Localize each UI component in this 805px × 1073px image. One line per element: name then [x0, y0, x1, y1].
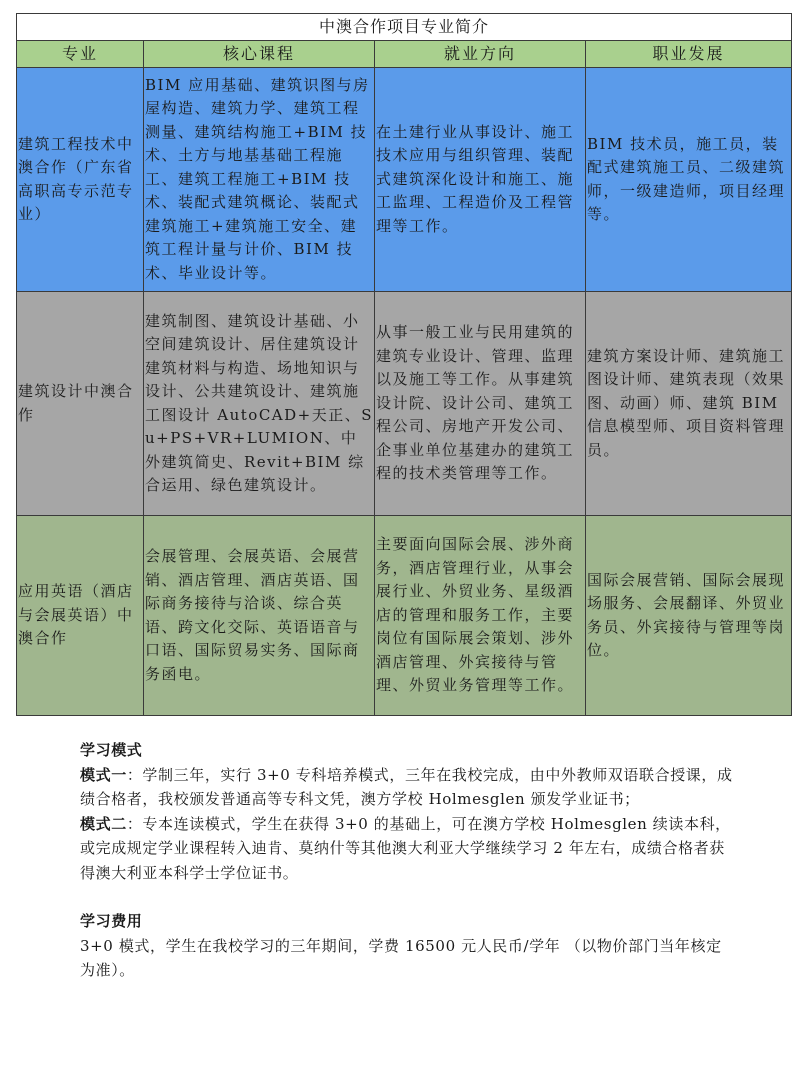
employment-cell: 从事一般工业与民用建筑的建筑专业设计、管理、监理以及施工等工作。从事建筑设计院、…: [375, 292, 586, 516]
table-row: 建筑工程技术中澳合作（广东省高职高专示范专业） BIM 应用基础、建筑识图与房屋…: [17, 68, 792, 292]
courses-cell: 会展管理、会展英语、会展营销、酒店管理、酒店英语、国际商务接待与洽谈、综合英语、…: [144, 516, 375, 716]
employment-cell: 主要面向国际会展、涉外商务，酒店管理行业，从事会展行业、外贸业务、星级酒店的管理…: [375, 516, 586, 716]
employment-cell: 在土建行业从事设计、施工技术应用与组织管理、装配式建筑深化设计和施工、施工监理、…: [375, 68, 586, 292]
courses-cell: 建筑制图、建筑设计基础、小空间建筑设计、居住建筑设计建筑材料与构造、场地知识与设…: [144, 292, 375, 516]
career-cell: 国际会展营销、国际会展现场服务、会展翻译、外贸业务员、外宾接待与管理等岗位。: [586, 516, 792, 716]
career-cell: 建筑方案设计师、建筑施工图设计师、建筑表现（效果图、动画）师、建筑 BIM 信息…: [586, 292, 792, 516]
mode-two-text: ：专本连读模式，学生在获得 3+0 的基础上，可在澳方学校 Holmesglen…: [80, 815, 731, 882]
study-mode-heading: 学习模式: [80, 738, 735, 763]
header-core-courses: 核心课程: [144, 41, 375, 68]
table-title-row: 中澳合作项目专业简介: [17, 14, 792, 41]
courses-cell: BIM 应用基础、建筑识图与房屋构造、建筑力学、建筑工程测量、建筑结构施工+BI…: [144, 68, 375, 292]
table-header-row: 专业 核心课程 就业方向 职业发展: [17, 41, 792, 68]
mode-two-label: 模式二: [80, 815, 127, 833]
major-cell: 应用英语（酒店与会展英语）中澳合作: [17, 516, 144, 716]
spacer: [80, 885, 735, 909]
major-cell: 建筑工程技术中澳合作（广东省高职高专示范专业）: [17, 68, 144, 292]
study-fee-heading: 学习费用: [80, 909, 735, 934]
mode-one-text: ：学制三年，实行 3+0 专科培养模式，三年在我校完成，由中外教师双语联合授课，…: [80, 766, 733, 809]
header-employment: 就业方向: [375, 41, 586, 68]
mode-one-label: 模式一: [80, 766, 127, 784]
major-cell: 建筑设计中澳合作: [17, 292, 144, 516]
table-row: 应用英语（酒店与会展英语）中澳合作 会展管理、会展英语、会展营销、酒店管理、酒店…: [17, 516, 792, 716]
career-cell: BIM 技术员，施工员，装配式建筑施工员、二级建筑师，一级建造师，项目经理等。: [586, 68, 792, 292]
study-mode-one: 模式一：学制三年，实行 3+0 专科培养模式，三年在我校完成，由中外教师双语联合…: [80, 763, 735, 812]
table-title: 中澳合作项目专业简介: [17, 14, 792, 41]
study-mode-two: 模式二：专本连读模式，学生在获得 3+0 的基础上，可在澳方学校 Holmesg…: [80, 812, 735, 886]
study-notes: 学习模式 模式一：学制三年，实行 3+0 专科培养模式，三年在我校完成，由中外教…: [80, 738, 735, 983]
study-fee-text: 3+0 模式，学生在我校学习的三年期间，学费 16500 元人民币/学年 （以物…: [80, 934, 735, 983]
program-table: 中澳合作项目专业简介 专业 核心课程 就业方向 职业发展 建筑工程技术中澳合作（…: [16, 13, 792, 716]
table-row: 建筑设计中澳合作 建筑制图、建筑设计基础、小空间建筑设计、居住建筑设计建筑材料与…: [17, 292, 792, 516]
header-major: 专业: [17, 41, 144, 68]
header-career: 职业发展: [586, 41, 792, 68]
